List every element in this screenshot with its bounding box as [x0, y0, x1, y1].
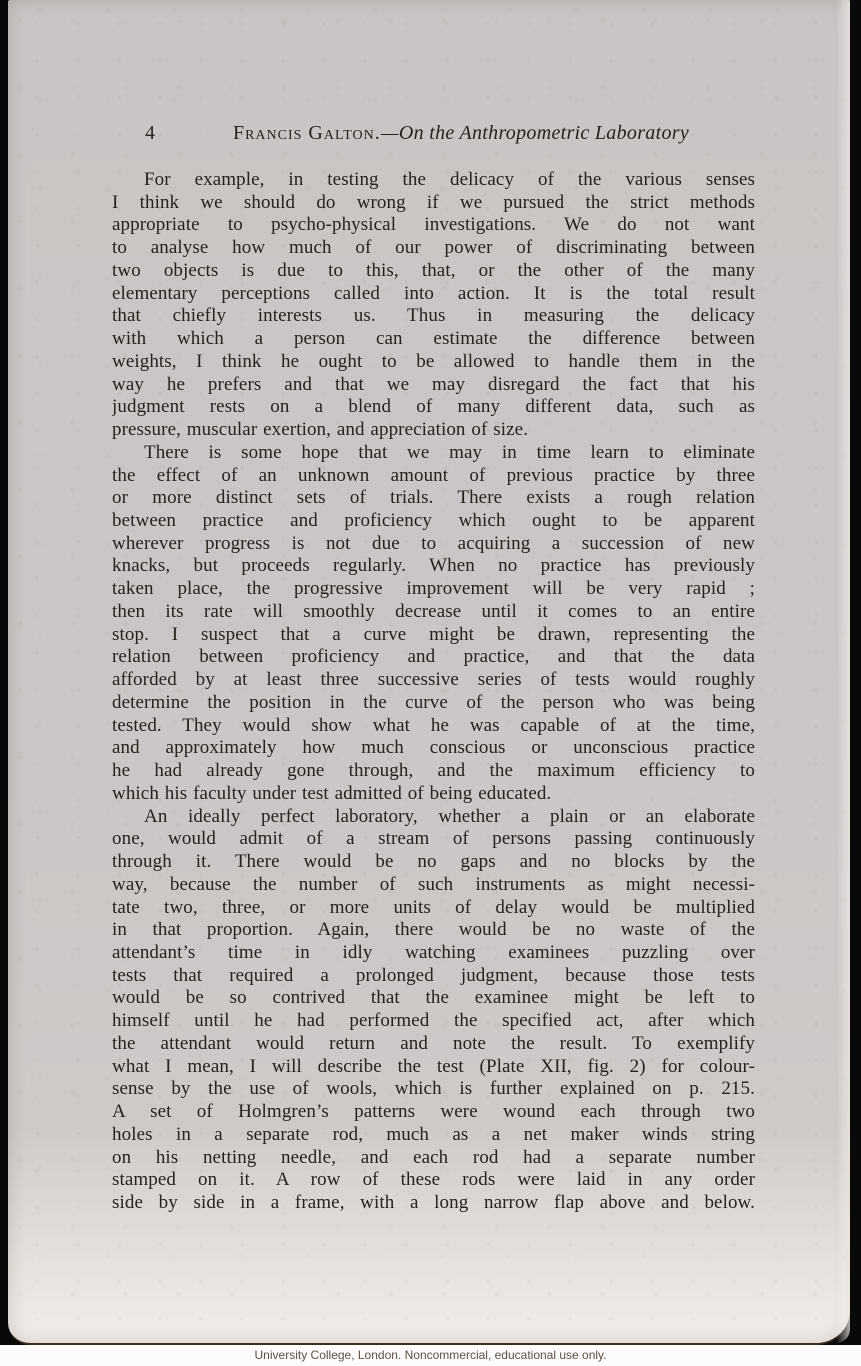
paragraph: For example, in testing the delicacy of … — [112, 169, 755, 442]
text-line: sense by the use of wools, which is furt… — [112, 1078, 755, 1101]
text-line: tate two, three, or more units of delay … — [112, 897, 755, 920]
text-line: determine the position in the curve of t… — [112, 692, 755, 715]
text-line: way he prefers and that we may disregard… — [112, 374, 755, 397]
text-line: the attendant would return and note the … — [112, 1033, 755, 1056]
text-line: way, because the number of such instrume… — [112, 874, 755, 897]
work-title: —On the Anthropometric Laboratory — [381, 122, 689, 144]
page-edge-highlight — [836, 0, 850, 1343]
text-line: on his netting needle, and each rod had … — [112, 1147, 755, 1170]
text-line: and approximately how much conscious or … — [112, 737, 755, 760]
text-line: relation between proficiency and practic… — [112, 646, 755, 669]
text-line: would be so contrived that the examinee … — [112, 987, 755, 1010]
text-line: knacks, but proceeds regularly. When no … — [112, 555, 755, 578]
author-name: Francis Galton. — [233, 122, 381, 144]
text-line: elementary perceptions called into actio… — [112, 283, 755, 306]
text-line: I think we should do wrong if we pursued… — [112, 192, 755, 215]
text-line: two objects is due to this, that, or the… — [112, 260, 755, 283]
page-number: 4 — [145, 121, 155, 145]
text-line: judgment rests on a blend of many differ… — [112, 396, 755, 419]
copyright-caption: University College, London. Noncommercia… — [255, 1348, 607, 1362]
body-text: For example, in testing the delicacy of … — [112, 169, 755, 1215]
footer-strip: University College, London. Noncommercia… — [0, 1345, 861, 1366]
text-line: tests that required a prolonged judgment… — [112, 965, 755, 988]
text-line: For example, in testing the delicacy of … — [112, 169, 755, 192]
text-line: stamped on it. A row of these rods were … — [112, 1169, 755, 1192]
text-line: then its rate will smoothly decrease unt… — [112, 601, 755, 624]
scanned-book-page: 4 Francis Galton.—On the Anthropometric … — [0, 0, 861, 1366]
text-line: attendant’s time in idly watching examin… — [112, 942, 755, 965]
text-line: pressure, muscular exertion, and appreci… — [112, 419, 755, 442]
text-line: the effect of an unknown amount of previ… — [112, 465, 755, 488]
text-line: A set of Holmgren’s patterns were wound … — [112, 1101, 755, 1124]
text-line: There is some hope that we may in time l… — [112, 442, 755, 465]
paragraph: An ideally perfect laboratory, whether a… — [112, 806, 755, 1215]
text-line: holes in a separate rod, much as a net m… — [112, 1124, 755, 1147]
text-line: in that proportion. Again, there would b… — [112, 919, 755, 942]
text-line: or more distinct sets of trials. There e… — [112, 487, 755, 510]
text-line: stop. I suspect that a curve might be dr… — [112, 624, 755, 647]
text-line: weights, I think he ought to be allowed … — [112, 351, 755, 374]
text-line: An ideally perfect laboratory, whether a… — [112, 806, 755, 829]
text-line: what I mean, I will describe the test (P… — [112, 1056, 755, 1079]
text-line: himself until he had performed the speci… — [112, 1010, 755, 1033]
text-line: which his faculty under test admitted of… — [112, 783, 755, 806]
text-line: appropriate to psycho-physical investiga… — [112, 214, 755, 237]
text-line: to analyse how much of our power of disc… — [112, 237, 755, 260]
running-title: Francis Galton.—On the Anthropometric La… — [233, 122, 689, 144]
text-line: between practice and proficiency which o… — [112, 510, 755, 533]
page-header: 4 Francis Galton.—On the Anthropometric … — [112, 121, 755, 145]
document-page: 4 Francis Galton.—On the Anthropometric … — [8, 0, 850, 1345]
text-line: through it. There would be no gaps and n… — [112, 851, 755, 874]
text-line: he had already gone through, and the max… — [112, 760, 755, 783]
text-line: wherever progress is not due to acquirin… — [112, 533, 755, 556]
text-line: taken place, the progressive improvement… — [112, 578, 755, 601]
text-line: afforded by at least three successive se… — [112, 669, 755, 692]
text-line: tested. They would show what he was capa… — [112, 715, 755, 738]
text-line: with which a person can estimate the dif… — [112, 328, 755, 351]
text-line: side by side in a frame, with a long nar… — [112, 1192, 755, 1215]
text-line: that chiefly interests us. Thus in measu… — [112, 305, 755, 328]
paragraph: There is some hope that we may in time l… — [112, 442, 755, 806]
text-line: one, would admit of a stream of persons … — [112, 828, 755, 851]
